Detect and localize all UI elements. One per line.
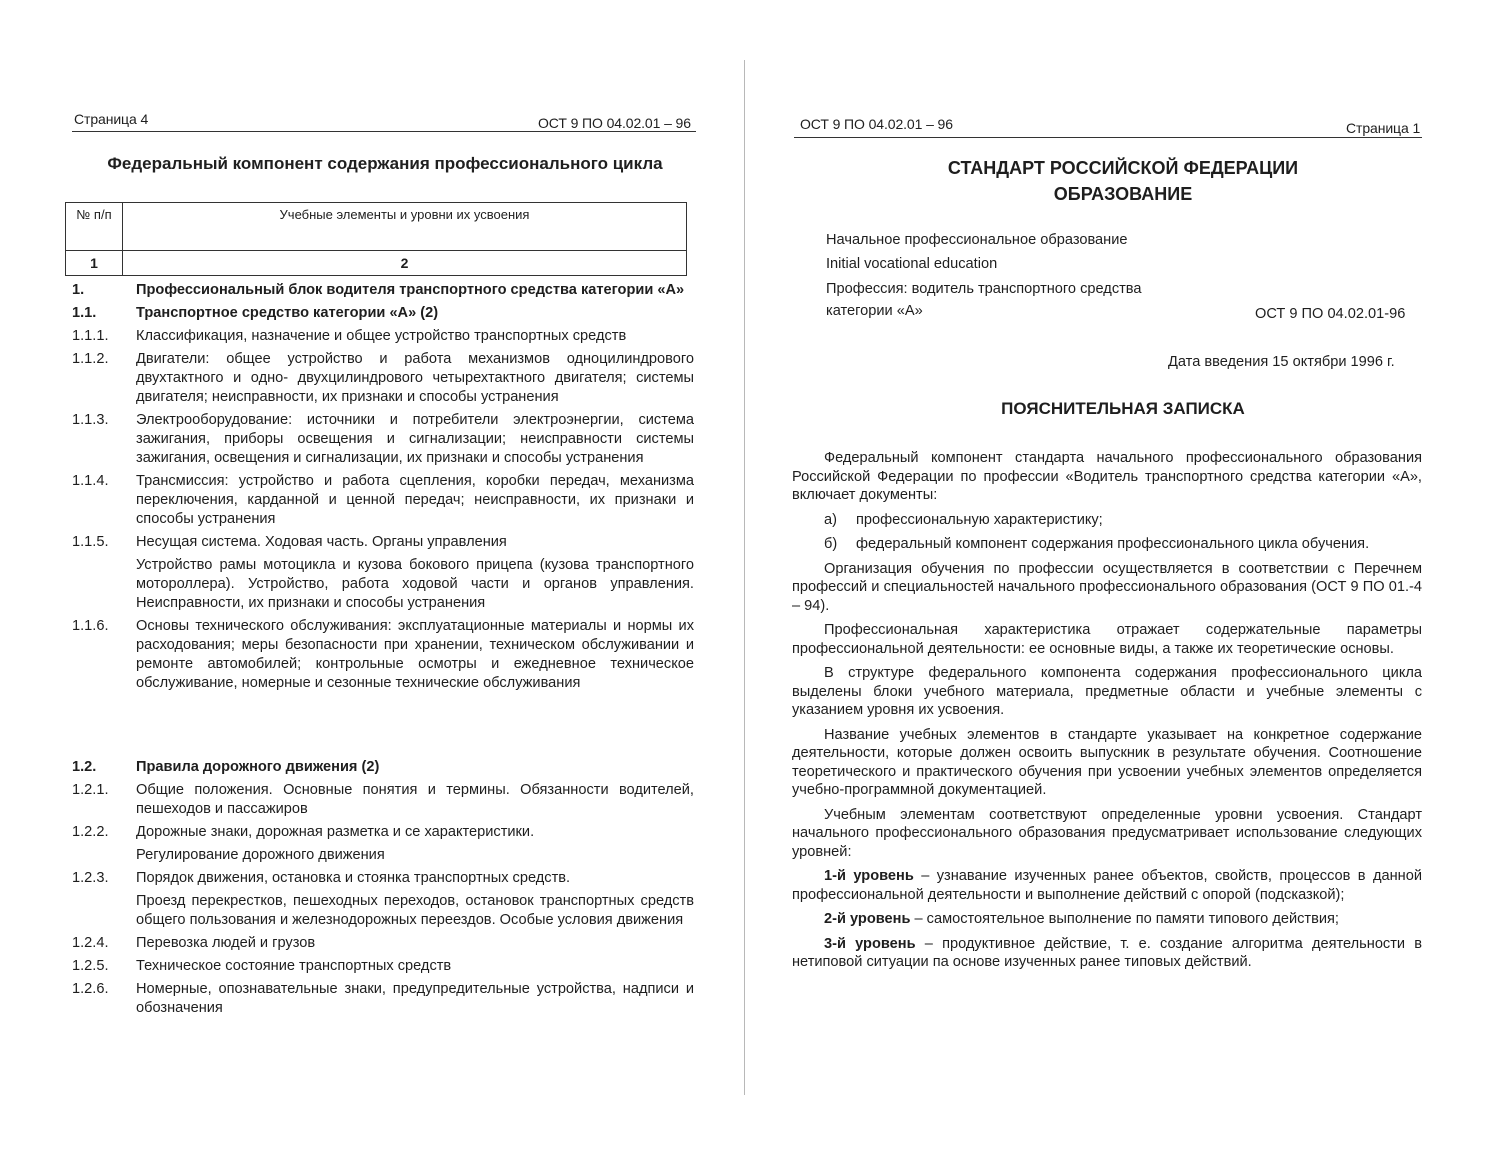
item-text: Транспортное средство категории «А» (2) xyxy=(136,304,694,323)
item-text: Перевозка людей и грузов xyxy=(136,934,694,953)
item-text: Проезд перекрестков, пешеходных переходо… xyxy=(136,892,694,930)
item-text: Классификация, назначение и общее устрой… xyxy=(136,327,694,346)
item-number: 1.1.5. xyxy=(72,533,136,552)
paragraph: Федеральный компонент стандарта начально… xyxy=(792,449,1422,505)
list-item: Устройство рамы мотоцикла и кузова боков… xyxy=(72,556,694,613)
list-item: а)профессиональную характеристику; xyxy=(792,511,1422,530)
item-number: 1.1. xyxy=(72,304,136,323)
col-number-header: № п/п xyxy=(66,203,123,251)
list-item: 1.2.3.Порядок движения, остановка и стоя… xyxy=(72,869,694,888)
list-item: Проезд перекрестков, пешеходных переходо… xyxy=(72,892,694,930)
item-number: 1.2.4. xyxy=(72,934,136,953)
col-elements-index: 2 xyxy=(123,251,687,276)
item-number: 1.2.2. xyxy=(72,823,136,842)
list-marker: б) xyxy=(824,535,856,554)
list-item: 1.2.Правила дорожного движения (2) xyxy=(72,758,694,777)
item-number: 1.1.1. xyxy=(72,327,136,346)
header-rule xyxy=(72,131,696,132)
list-item: 1.2.6.Номерные, опознавательные знаки, п… xyxy=(72,980,694,1018)
item-number: 1.2.1. xyxy=(72,781,136,819)
item-text: Регулирование дорожного движения xyxy=(136,846,694,865)
meta-education: Начальное профессиональное образование xyxy=(826,232,1128,248)
page-number: Страница 4 xyxy=(74,111,148,127)
header-rule xyxy=(794,137,1422,138)
list-item: 1.1.1.Классификация, назначение и общее … xyxy=(72,327,694,346)
item-number: 1.2. xyxy=(72,758,136,777)
item-text: Общие положения. Основные понятия и терм… xyxy=(136,781,694,819)
standard-title: СТАНДАРТ РОССИЙСКОЙ ФЕДЕРАЦИИ xyxy=(746,158,1500,179)
right-page: ОСТ 9 ПО 04.02.01 – 96 Страница 1 СТАНДА… xyxy=(746,0,1500,1159)
item-number: 1.2.6. xyxy=(72,980,136,1018)
level-2: 2-й уровень – самостоятельное выполнение… xyxy=(792,910,1422,929)
item-number: 1. xyxy=(72,281,136,300)
list-text: профессиональную характеристику; xyxy=(856,512,1103,528)
col-number-index: 1 xyxy=(66,251,123,276)
item-text: Основы технического обслуживания: эксплу… xyxy=(136,617,694,693)
list-item: 1.2.4.Перевозка людей и грузов xyxy=(72,934,694,953)
item-text: Номерные, опознавательные знаки, предупр… xyxy=(136,980,694,1018)
list-text: федеральный компонент содержания професс… xyxy=(856,536,1369,552)
explanatory-note-body: Федеральный компонент стандарта начально… xyxy=(792,449,1422,978)
list-item: 1.1.6.Основы технического обслуживания: … xyxy=(72,617,694,693)
item-number: 1.2.5. xyxy=(72,957,136,976)
item-text: Техническое состояние транспортных средс… xyxy=(136,957,694,976)
page-title: Федеральный компонент содержания професс… xyxy=(70,154,700,174)
page-number: Страница 1 xyxy=(1346,120,1420,136)
item-text: Устройство рамы мотоцикла и кузова боков… xyxy=(136,556,694,613)
col-elements-header: Учебные элементы и уровни их усвоения xyxy=(123,203,687,251)
paragraph: Название учебных элементов в стандарте у… xyxy=(792,726,1422,800)
level-text: – самостоятельное выполнение по памяти т… xyxy=(910,911,1339,927)
item-text: Двигатели: общее устройство и работа мех… xyxy=(136,350,694,407)
page-divider xyxy=(744,60,745,1095)
meta-date: Дата введения 15 октябри 1996 г. xyxy=(1168,354,1395,370)
list-item: 1.Профессиональный блок водителя транспо… xyxy=(72,281,694,300)
list-item: 1.1.3.Электрооборудование: источники и п… xyxy=(72,411,694,468)
list-item: 1.1.2.Двигатели: общее устройство и рабо… xyxy=(72,350,694,407)
list-item: 1.1.4.Трансмиссия: устройство и работа с… xyxy=(72,472,694,529)
items-block-2: 1.2.Правила дорожного движения (2)1.2.1.… xyxy=(72,758,694,1022)
list-marker: а) xyxy=(824,511,856,530)
list-item: 1.2.1.Общие положения. Основные понятия … xyxy=(72,781,694,819)
level-1: 1-й уровень – узнавание изученных ранее … xyxy=(792,867,1422,904)
item-number: 1.1.3. xyxy=(72,411,136,468)
paragraph: Учебным элементам соответствуют определе… xyxy=(792,806,1422,862)
item-text: Несущая система. Ходовая часть. Органы у… xyxy=(136,533,694,552)
meta-education-en: Initial vocational education xyxy=(826,256,997,272)
standard-subtitle: ОБРАЗОВАНИЕ xyxy=(746,184,1500,205)
level-label: 3-й уровень xyxy=(824,936,916,952)
item-number: 1.1.4. xyxy=(72,472,136,529)
items-block-1: 1.Профессиональный блок водителя транспо… xyxy=(72,281,694,697)
item-number: 1.2.3. xyxy=(72,869,136,888)
item-text: Трансмиссия: устройство и работа сцеплен… xyxy=(136,472,694,529)
meta-profession: Профессия: водитель транспортного средст… xyxy=(826,281,1142,297)
list-item: 1.2.5.Техническое состояние транспортных… xyxy=(72,957,694,976)
item-text: Профессиональный блок водителя транспорт… xyxy=(136,281,694,300)
content-table-header: № п/п Учебные элементы и уровни их усвое… xyxy=(65,202,687,276)
section-title: ПОЯСНИТЕЛЬНАЯ ЗАПИСКА xyxy=(746,399,1500,419)
level-label: 1-й уровень xyxy=(824,868,914,884)
list-item: Регулирование дорожного движения xyxy=(72,846,694,865)
document-code: ОСТ 9 ПО 04.02.01 – 96 xyxy=(538,115,691,131)
list-item: 1.1.5.Несущая система. Ходовая часть. Ор… xyxy=(72,533,694,552)
item-text: Дорожные знаки, дорожная разметка и се х… xyxy=(136,823,694,842)
left-page: Страница 4 ОСТ 9 ПО 04.02.01 – 96 Федера… xyxy=(0,0,745,1159)
paragraph: Профессиональная характеристика отражает… xyxy=(792,621,1422,658)
list-item: 1.1.Транспортное средство категории «А» … xyxy=(72,304,694,323)
meta-code: ОСТ 9 ПО 04.02.01-96 xyxy=(1255,306,1405,322)
level-3: 3-й уровень – продуктивное действие, т. … xyxy=(792,935,1422,972)
document-code: ОСТ 9 ПО 04.02.01 – 96 xyxy=(800,116,953,132)
item-text: Электрооборудование: источники и потреби… xyxy=(136,411,694,468)
paragraph: В структуре федерального компонента соде… xyxy=(792,664,1422,720)
item-number: 1.1.6. xyxy=(72,617,136,693)
level-label: 2-й уровень xyxy=(824,911,910,927)
list-item: б)федеральный компонент содержания профе… xyxy=(792,535,1422,554)
meta-category: категории «А» xyxy=(826,303,923,319)
item-text: Правила дорожного движения (2) xyxy=(136,758,694,777)
item-number: 1.1.2. xyxy=(72,350,136,407)
item-text: Порядок движения, остановка и стоянка тр… xyxy=(136,869,694,888)
list-item: 1.2.2.Дорожные знаки, дорожная разметка … xyxy=(72,823,694,842)
paragraph: Организация обучения по профессии осущес… xyxy=(792,560,1422,616)
